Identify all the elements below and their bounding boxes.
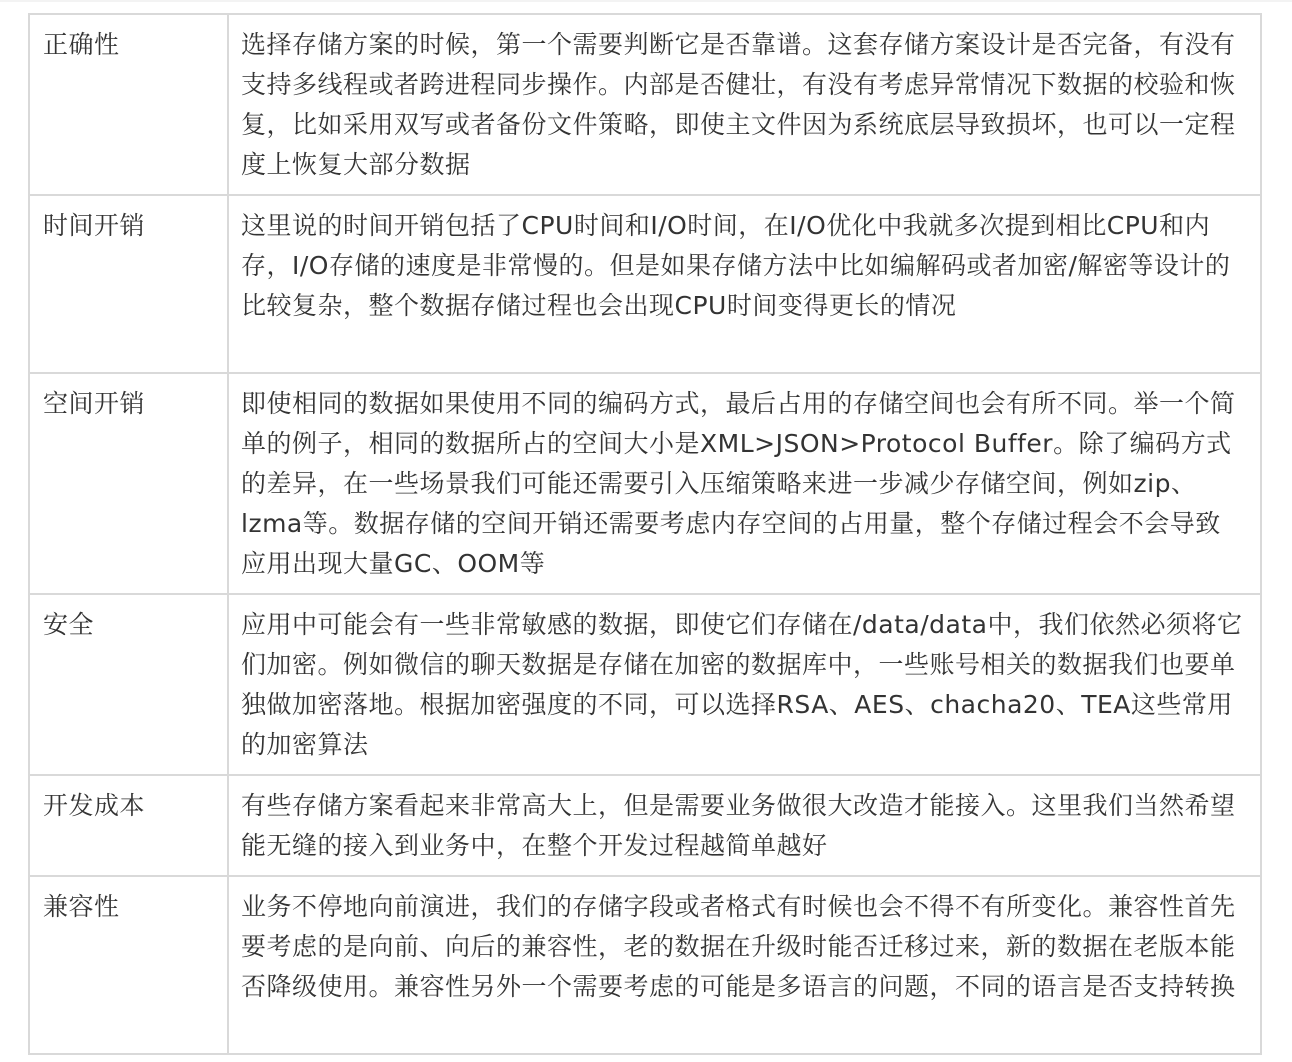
criterion-description: 应用中可能会有一些非常敏感的数据，即使它们存储在/data/data中，我们依然… [228, 594, 1261, 775]
criterion-description: 即使相同的数据如果使用不同的编码方式，最后占用的存储空间也会有所不同。举一个简单… [228, 373, 1261, 594]
criterion-label: 兼容性 [29, 876, 228, 1054]
top-divider [0, 0, 1292, 2]
criterion-label: 正确性 [29, 14, 228, 195]
table-row: 开发成本 有些存储方案看起来非常高大上，但是需要业务做很大改造才能接入。这里我们… [29, 775, 1261, 876]
criterion-description: 有些存储方案看起来非常高大上，但是需要业务做很大改造才能接入。这里我们当然希望能… [228, 775, 1261, 876]
criterion-description: 选择存储方案的时候，第一个需要判断它是否靠谱。这套存储方案设计是否完备，有没有支… [228, 14, 1261, 195]
table-row: 时间开销 这里说的时间开销包括了CPU时间和I/O时间，在I/O优化中我就多次提… [29, 195, 1261, 373]
criterion-description: 业务不停地向前演进，我们的存储字段或者格式有时候也会不得不有所变化。兼容性首先要… [228, 876, 1261, 1054]
criterion-label: 空间开销 [29, 373, 228, 594]
table-row: 正确性 选择存储方案的时候，第一个需要判断它是否靠谱。这套存储方案设计是否完备，… [29, 14, 1261, 195]
table-row: 安全 应用中可能会有一些非常敏感的数据，即使它们存储在/data/data中，我… [29, 594, 1261, 775]
criterion-label: 安全 [29, 594, 228, 775]
criterion-description: 这里说的时间开销包括了CPU时间和I/O时间，在I/O优化中我就多次提到相比CP… [228, 195, 1261, 373]
storage-criteria-table: 正确性 选择存储方案的时候，第一个需要判断它是否靠谱。这套存储方案设计是否完备，… [28, 13, 1262, 1055]
criterion-label: 开发成本 [29, 775, 228, 876]
criterion-label: 时间开销 [29, 195, 228, 373]
table-row: 兼容性 业务不停地向前演进，我们的存储字段或者格式有时候也会不得不有所变化。兼容… [29, 876, 1261, 1054]
table-row: 空间开销 即使相同的数据如果使用不同的编码方式，最后占用的存储空间也会有所不同。… [29, 373, 1261, 594]
